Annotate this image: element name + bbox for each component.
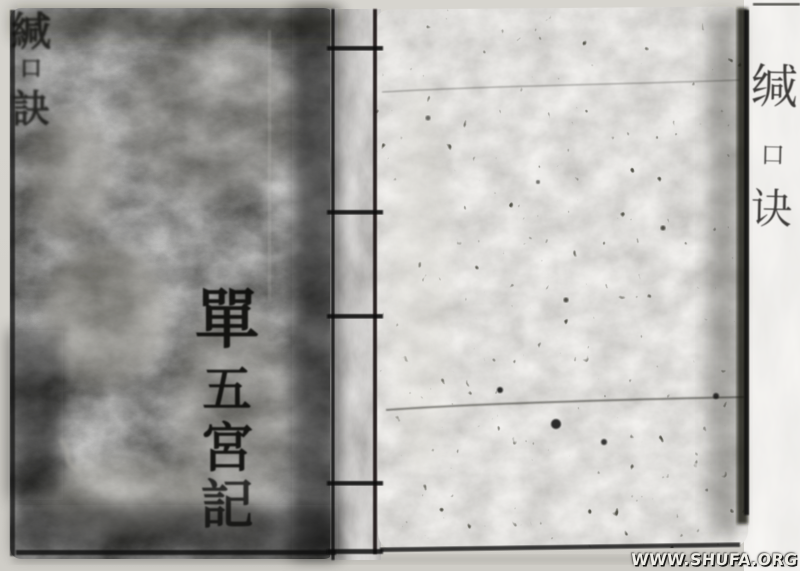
cover-inscription-char-4: 記 <box>201 479 254 532</box>
cover-inscription: 單 五 宮 記 <box>180 288 274 532</box>
watermark: WWW.SHUFA.ORG <box>630 550 798 569</box>
cover-title-top-left: 緘 口 訣 <box>2 10 60 130</box>
stitch-2 <box>327 210 383 215</box>
stitch-3 <box>327 314 383 319</box>
margin-annotation-char-2: 口 <box>760 143 784 167</box>
book-photo: 緘 口 訣 單 五 宮 記 缄 口 诀 WWW.SHUFA.ORG <box>0 0 800 571</box>
margin-annotation-char-3: 诀 <box>751 189 793 231</box>
cover-title-char-2: 口 <box>20 58 42 81</box>
photo-top-right-line <box>753 3 800 6</box>
book-texture <box>0 0 800 571</box>
stitch-4 <box>327 481 383 486</box>
cover-inscription-char-2: 五 <box>202 365 251 414</box>
margin-annotation: 缄 口 诀 <box>745 55 800 230</box>
stitch-1 <box>327 46 383 51</box>
cover-inscription-char-1: 單 <box>195 288 259 353</box>
margin-annotation-char-1: 缄 <box>750 56 798 120</box>
stitch-5 <box>327 549 383 554</box>
cover-inscription-char-3: 宮 <box>201 422 254 475</box>
cover-title-char-3: 訣 <box>12 88 50 130</box>
cover-title-char-1: 緘 <box>11 10 51 55</box>
